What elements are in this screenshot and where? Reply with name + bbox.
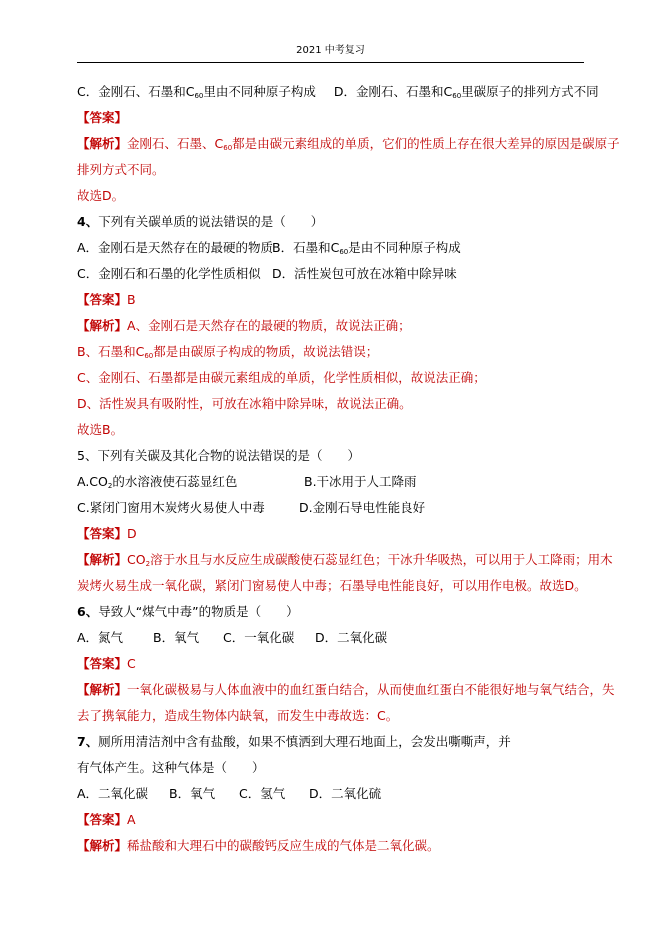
q4-option-b: B．石墨和C60是由不同种原子构成 <box>272 235 461 261</box>
answer-label: 【答案】 <box>77 526 127 541</box>
q6-analysis-cont: 去了携氧能力，造成生物体内缺氧，而发生中毒故选：C。 <box>77 703 587 729</box>
answer-label: 【答案】 <box>77 110 127 125</box>
answer-label: 【答案】 <box>77 656 127 671</box>
q7-stem: 7、厕所用清洁剂中含有盐酸，如果不慎洒到大理石地面上，会发出嘶嘶声，并 <box>77 729 587 755</box>
question-number: 6、 <box>77 604 98 619</box>
q7-option-c: C．氢气 <box>239 781 309 807</box>
analysis-label: 【解析】 <box>77 682 127 697</box>
q6-option-c: C．一氧化碳 <box>223 625 315 651</box>
q4-analysis-b: B、石墨和C60都是由碳原子构成的物质，故说法错误； <box>77 339 587 365</box>
analysis-label: 【解析】 <box>77 136 127 151</box>
q7-option-b: B．氧气 <box>169 781 239 807</box>
q6-analysis: 【解析】一氧化碳极易与人体血液中的血红蛋白结合，从而使血红蛋白不能很好地与氧气结… <box>77 677 587 703</box>
q6-option-d: D．二氧化碳 <box>315 625 387 651</box>
q4-option-c: C．金刚石和石墨的化学性质相似 <box>77 261 272 287</box>
q4-answer: 【答案】B <box>77 287 587 313</box>
answer-label: 【答案】 <box>77 292 127 307</box>
q7-stem-cont: 有气体产生。这种气体是（ ） <box>77 755 587 781</box>
q3-analysis: 【解析】金刚石、石墨、C60都是由碳元素组成的单质，它们的性质上存在很大差异的原… <box>77 131 587 157</box>
q5-analysis: 【解析】CO2溶于水且与水反应生成碳酸使石蕊显红色；干冰升华吸热，可以用于人工降… <box>77 547 587 573</box>
q5-stem: 5、下列有关碳及其化合物的说法错误的是（ ） <box>77 443 587 469</box>
q7-option-a: A．二氧化碳 <box>77 781 169 807</box>
analysis-label: 【解析】 <box>77 318 127 333</box>
q4-option-d: D．活性炭包可放在冰箱中除异味 <box>272 261 457 287</box>
q5-option-b: B.干冰用于人工降雨 <box>304 469 417 495</box>
analysis-label: 【解析】 <box>77 552 127 567</box>
answer-label: 【答案】 <box>77 812 127 827</box>
document-body: C．金刚石、石墨和C60里由不同种原子构成 D．金刚石、石墨和C60里碳原子的排… <box>77 79 587 859</box>
q6-stem: 6、导致人“煤气中毒”的物质是（ ） <box>77 599 587 625</box>
q6-option-a: A．氮气 <box>77 625 153 651</box>
q3-options-cd: C．金刚石、石墨和C60里由不同种原子构成 D．金刚石、石墨和C60里碳原子的排… <box>77 79 587 105</box>
q5-options-cd: C.紧闭门窗用木炭烤火易使人中毒D.金刚石导电性能良好 <box>77 495 587 521</box>
page-header: 2021 中考复习 <box>77 44 584 58</box>
q3-conclusion: 故选D。 <box>77 183 587 209</box>
q5-options-ab: A.CO2的水溶液使石蕊显红色B.干冰用于人工降雨 <box>77 469 587 495</box>
q4-conclusion: 故选B。 <box>77 417 587 443</box>
q5-option-c: C.紧闭门窗用木炭烤火易使人中毒 <box>77 495 299 521</box>
answer-value: D <box>127 526 137 541</box>
answer-value: B <box>127 292 136 307</box>
q7-answer: 【答案】A <box>77 807 587 833</box>
question-number: 7、 <box>77 734 98 749</box>
question-number: 5、 <box>77 448 97 463</box>
q5-analysis-cont: 炭烤火易生成一氧化碳，紧闭门窗易使人中毒；石墨导电性能良好，可以用作电极。故选D… <box>77 573 587 599</box>
q5-option-d: D.金刚石导电性能良好 <box>299 495 425 521</box>
q4-analysis-c: C、金刚石、石墨都是由碳元素组成的单质，化学性质相似，故说法正确； <box>77 365 587 391</box>
q4-option-a: A．金刚石是天然存在的最硬的物质 <box>77 235 272 261</box>
q4-analysis-d: D、活性炭具有吸附性，可放在冰箱中除异味，故说法正确。 <box>77 391 587 417</box>
q6-answer: 【答案】C <box>77 651 587 677</box>
analysis-label: 【解析】 <box>77 838 127 853</box>
q3-analysis-cont: 排列方式不同。 <box>77 157 587 183</box>
q6-option-b: B．氧气 <box>153 625 223 651</box>
q5-answer: 【答案】D <box>77 521 587 547</box>
q3-option-c: C．金刚石、石墨和C60里由不同种原子构成 <box>77 84 316 99</box>
question-number: 4、 <box>77 214 98 229</box>
q7-options: A．二氧化碳B．氧气C．氢气D．二氧化硫 <box>77 781 587 807</box>
q4-options-cd: C．金刚石和石墨的化学性质相似D．活性炭包可放在冰箱中除异味 <box>77 261 587 287</box>
answer-value: A <box>127 812 136 827</box>
answer-value: C <box>127 656 136 671</box>
q3-option-d: D．金刚石、石墨和C60里碳原子的排列方式不同 <box>334 84 599 99</box>
header-divider <box>77 62 584 63</box>
q6-options: A．氮气B．氧气C．一氧化碳D．二氧化碳 <box>77 625 587 651</box>
q4-stem: 4、下列有关碳单质的说法错误的是（ ） <box>77 209 587 235</box>
q4-options-ab: A．金刚石是天然存在的最硬的物质B．石墨和C60是由不同种原子构成 <box>77 235 587 261</box>
q4-analysis-a: 【解析】A、金刚石是天然存在的最硬的物质，故说法正确； <box>77 313 587 339</box>
q7-analysis: 【解析】稀盐酸和大理石中的碳酸钙反应生成的气体是二氧化碳。 <box>77 833 587 859</box>
q3-answer: 【答案】 <box>77 105 587 131</box>
q7-option-d: D．二氧化硫 <box>309 781 381 807</box>
q5-option-a: A.CO2的水溶液使石蕊显红色 <box>77 469 304 495</box>
